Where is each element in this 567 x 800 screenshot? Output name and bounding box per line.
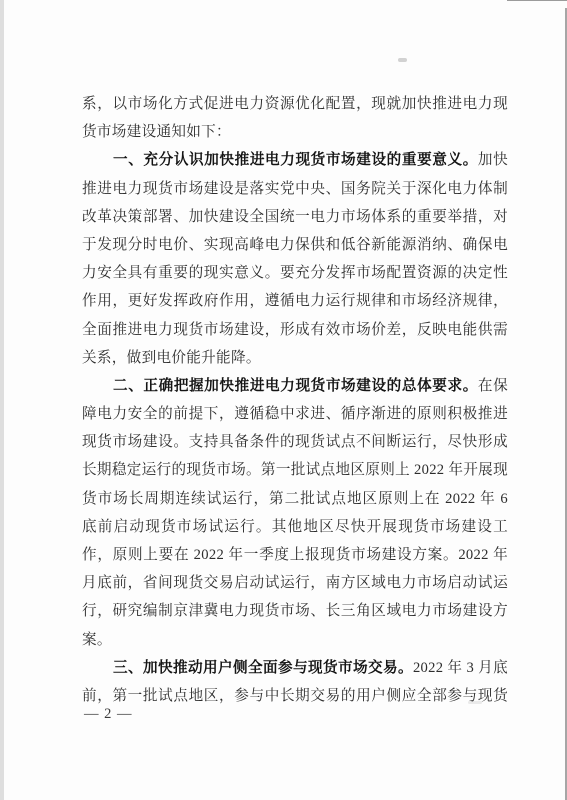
text-line: 系，以市场化方式促进电力资源优化配置，现就加快推进电力现 [82,90,508,118]
text-line: 货市场长周期连续试运行，第二批试点地区原则上在 2022 年 6 月 [82,485,508,513]
scan-edge-left [0,0,4,800]
section-3-run-on-text: 2022 年 3 月底 [413,660,508,676]
scanned-document-page: 系，以市场化方式促进电力资源优化配置，现就加快推进电力现 货市场建设通知如下： … [0,0,567,800]
text-line: 力安全具有重要的现实意义。要充分发挥市场配置资源的决定性 [82,259,508,287]
text-line: 推进电力现货市场建设是落实党中央、国务院关于深化电力体制 [82,175,508,203]
document-body: 系，以市场化方式促进电力资源优化配置，现就加快推进电力现 货市场建设通知如下： … [82,90,508,710]
text-line: 作，原则上要在 2022 年一季度上报现货市场建设方案。2022 年 6 [82,541,508,569]
text-line: 作用，更好发挥政府作用，遵循电力运行规律和市场经济规律， [82,287,508,315]
text-line: 全面推进电力现货市场建设，形成有效市场价差，反映电能供需 [82,316,508,344]
text-line: 前，第一批试点地区，参与中长期交易的用户侧应全部参与现货 [82,682,508,710]
text-line: 货市场建设通知如下： [82,118,508,146]
text-line: 行，研究编制京津冀电力现货市场、长三角区域电力市场建设方 [82,597,508,625]
text-line: 障电力安全的前提下，遵循稳中求进、循序渐进的原则积极推进 [82,400,508,428]
section-heading-line-2: 二、正确把握加快推进电力现货市场建设的总体要求。在保 [82,372,508,400]
text-line: 月底前，省间现货交易启动试运行，南方区域电力市场启动试运 [82,569,508,597]
text-line: 案。 [82,626,508,654]
text-line: 关系，做到电价能升能降。 [82,344,508,372]
section-1-run-on-text: 加快 [478,152,508,168]
section-2-heading-text: 二、正确把握加快推进电力现货市场建设的总体要求。 [113,378,478,394]
section-2-run-on-text: 在保 [478,378,508,394]
scan-speck [398,58,407,62]
section-3-heading-text: 三、加快推动用户侧全面参与现货市场交易。 [113,660,413,676]
text-line: 底前启动现货市场试运行。其他地区尽快开展现货市场建设工 [82,513,508,541]
scan-edge-top [507,0,567,1]
text-line: 改革决策部署、加快建设全国统一电力市场体系的重要举措，对 [82,203,508,231]
text-line: 于发现分时电价、实现高峰电力保供和低谷新能源消纳、确保电 [82,231,508,259]
text-line: 长期稳定运行的现货市场。第一批试点地区原则上 2022 年开展现 [82,456,508,484]
section-heading-line-3: 三、加快推动用户侧全面参与现货市场交易。2022 年 3 月底 [82,654,508,682]
section-1-heading-text: 一、充分认识加快推进电力现货市场建设的重要意义。 [113,152,478,168]
page-number: — 2 — [84,705,133,723]
text-line: 现货市场建设。支持具备条件的现货试点不间断运行，尽快形成 [82,428,508,456]
section-heading-line-1: 一、充分认识加快推进电力现货市场建设的重要意义。加快 [82,146,508,174]
